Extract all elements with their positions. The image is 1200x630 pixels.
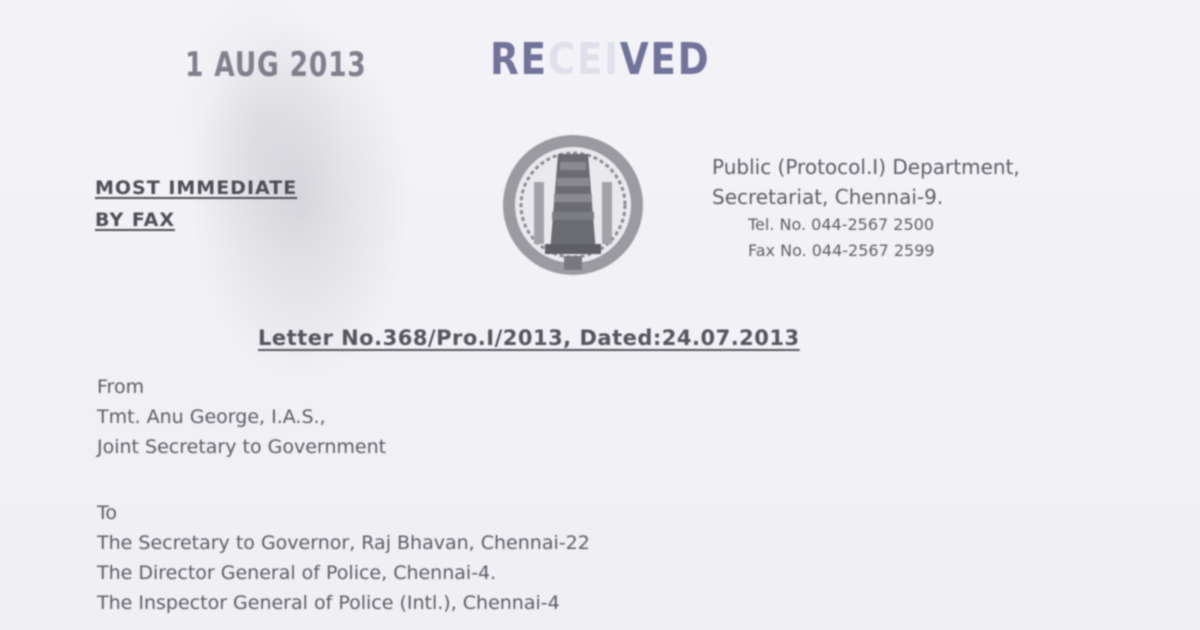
date-stamp-text: 1 AUG 2013	[185, 45, 367, 85]
sender-designation: Joint Secretary to Government	[97, 432, 386, 462]
to-label: To	[97, 498, 590, 528]
from-block: From Tmt. Anu George, I.A.S., Joint Secr…	[97, 372, 386, 462]
department-address: Secretariat, Chennai-9.	[712, 182, 1020, 212]
recipient-line: The Director General of Police, Chennai-…	[97, 558, 590, 588]
date-stamp: 1 AUG 2013	[185, 45, 367, 85]
received-stamp-end: VED	[620, 34, 711, 85]
received-stamp-faded: CEI	[548, 34, 620, 85]
recipient-line: The Inspector General of Police (Intl.),…	[97, 588, 590, 618]
received-stamp: RECEIVED	[490, 34, 710, 85]
sender-name: Tmt. Anu George, I.A.S.,	[97, 402, 386, 432]
to-block: To The Secretary to Governor, Raj Bhavan…	[97, 498, 590, 618]
received-stamp-start: RE	[490, 34, 548, 85]
department-name: Public (Protocol.I) Department,	[712, 152, 1020, 182]
department-header: Public (Protocol.I) Department, Secretar…	[712, 152, 1020, 264]
department-fax: Fax No. 044-2567 2599	[712, 238, 1020, 264]
urgency-line-most-immediate: MOST IMMEDIATE	[95, 172, 297, 204]
urgency-line-by-fax: BY FAX	[95, 204, 297, 236]
letter-reference: Letter No.368/Pro.I/2013, Dated:24.07.20…	[258, 326, 800, 350]
from-label: From	[97, 372, 386, 402]
urgency-marking: MOST IMMEDIATE BY FAX	[95, 172, 297, 236]
recipient-line: The Secretary to Governor, Raj Bhavan, C…	[97, 528, 590, 558]
state-emblem-icon	[500, 132, 646, 278]
department-telephone: Tel. No. 044-2567 2500	[712, 212, 1020, 238]
